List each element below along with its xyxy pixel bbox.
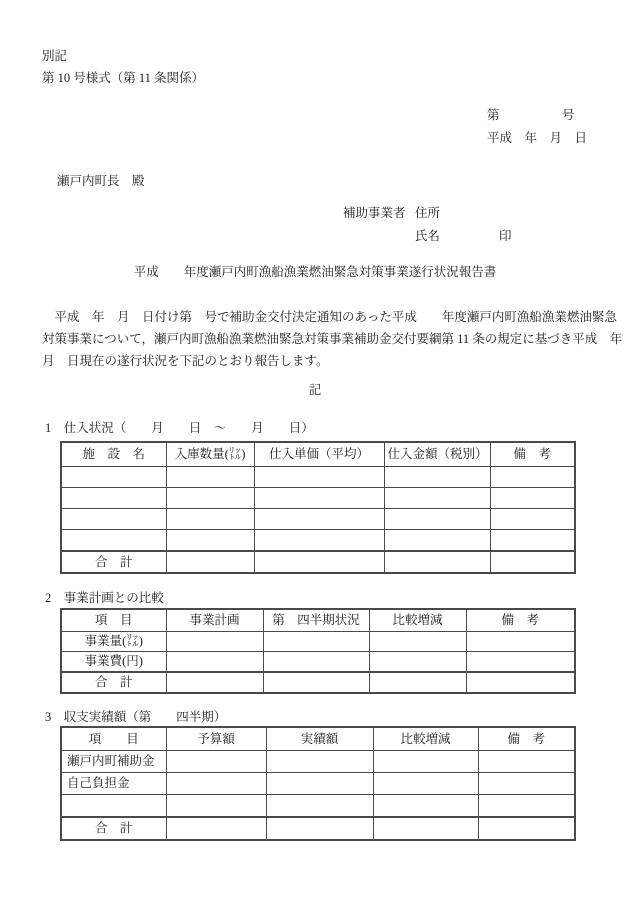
table-cell xyxy=(373,773,478,795)
table-cell xyxy=(478,751,575,773)
table-cell xyxy=(384,509,490,530)
address-label: 住所 xyxy=(415,205,440,222)
plan-comparison-table: 項 目事業計画第 四半期状況比較増減備 考事業量(㍑)事業費(円)合 計 xyxy=(60,608,576,694)
table-cell xyxy=(166,467,254,488)
section-1-heading: 1 仕入状況（ 月 日 ～ 月 日） xyxy=(45,420,314,437)
document-title: 平成 年度瀬戸内町漁船漁業燃油緊急対策事業遂行状況報告書 xyxy=(0,264,630,281)
table-cell xyxy=(384,488,490,509)
table-cell xyxy=(373,817,478,840)
table-cell xyxy=(254,467,384,488)
table-row xyxy=(61,795,575,818)
table-cell xyxy=(384,530,490,552)
table-cell xyxy=(166,652,263,673)
table-cell xyxy=(266,795,373,818)
table-header-row: 項 目事業計画第 四半期状況比較増減備 考 xyxy=(61,609,575,632)
table-cell xyxy=(166,751,266,773)
section-3-heading: 3 収支実績額（第 四半期） xyxy=(45,709,226,726)
report-form-page: 別記 第 10 号様式（第 11 条関係） 第 号 平成 年 月 日 瀬戸内町長… xyxy=(0,0,630,903)
table-header-cell: 仕入単価（平均） xyxy=(254,442,384,467)
body-line: 月 日現在の遂行状況を下記のとおり報告します。 xyxy=(42,350,602,372)
table-cell: 事業費(円) xyxy=(61,652,166,673)
table-row xyxy=(61,509,575,530)
table-cell xyxy=(166,530,254,552)
body-line: 対策事業について，瀬戸内町漁船漁業燃油緊急対策事業補助金交付要綱第 11 条の規… xyxy=(42,328,602,350)
table-cell xyxy=(263,652,369,673)
table-total-row: 合 計 xyxy=(61,551,575,573)
table-header-cell: 備 考 xyxy=(478,727,575,751)
addressee: 瀬戸内町長 殿 xyxy=(57,173,145,190)
table-cell: 瀬戸内町補助金 xyxy=(61,751,166,773)
record-marker: 記 xyxy=(0,382,630,399)
table-cell: 合 計 xyxy=(61,672,166,693)
table-row: 事業量(㍑) xyxy=(61,632,575,652)
table-row: 瀬戸内町補助金 xyxy=(61,751,575,773)
table-cell: 合 計 xyxy=(61,551,166,573)
table-cell xyxy=(166,672,263,693)
table-cell xyxy=(166,817,266,840)
table-cell: 合 計 xyxy=(61,817,166,840)
table-cell xyxy=(254,488,384,509)
table-cell xyxy=(266,751,373,773)
table-cell xyxy=(166,632,263,652)
table-header-cell: 入庫数量(㍑) xyxy=(166,442,254,467)
table-header-row: 項 目予算額実績額比較増減備 考 xyxy=(61,727,575,751)
table-header-cell: 項 目 xyxy=(61,609,166,632)
table-cell xyxy=(478,773,575,795)
table-header-cell: 比較増減 xyxy=(369,609,466,632)
table-cell xyxy=(166,773,266,795)
table-cell xyxy=(478,795,575,818)
table-cell xyxy=(466,652,575,673)
table-cell xyxy=(384,467,490,488)
table-cell xyxy=(254,509,384,530)
table-cell xyxy=(166,509,254,530)
table-header-cell: 項 目 xyxy=(61,727,166,751)
income-expense-table: 項 目予算額実績額比較増減備 考瀬戸内町補助金自己負担金合 計 xyxy=(60,726,576,841)
table-total-row: 合 計 xyxy=(61,817,575,840)
table-cell xyxy=(490,509,575,530)
table-row xyxy=(61,530,575,552)
table-cell xyxy=(266,817,373,840)
table-cell xyxy=(373,751,478,773)
table-cell xyxy=(369,632,466,652)
table-cell xyxy=(490,467,575,488)
table-cell xyxy=(263,672,369,693)
table-cell xyxy=(384,551,490,573)
table-row: 自己負担金 xyxy=(61,773,575,795)
table-header-cell: 第 四半期状況 xyxy=(263,609,369,632)
table-cell xyxy=(166,795,266,818)
body-paragraph: 平成 年 月 日付け第 号で補助金交付決定通知のあった平成 年度瀬戸内町漁船漁業… xyxy=(42,306,602,372)
table-header-cell: 比較増減 xyxy=(373,727,478,751)
table-header-cell: 備 考 xyxy=(466,609,575,632)
date-line: 平成 年 月 日 xyxy=(487,130,587,147)
body-line: 平成 年 月 日付け第 号で補助金交付決定通知のあった平成 年度瀬戸内町漁船漁業… xyxy=(42,306,602,328)
seal-label: 印 xyxy=(499,228,512,245)
annotation-label: 別記 xyxy=(42,48,67,65)
purchase-status-table: 施 設 名入庫数量(㍑)仕入単価（平均）仕入金額（税別）備 考合 計 xyxy=(60,441,576,574)
table-row xyxy=(61,488,575,509)
table-cell: 事業量(㍑) xyxy=(61,632,166,652)
table-cell xyxy=(369,672,466,693)
table-row: 事業費(円) xyxy=(61,652,575,673)
table-header-row: 施 設 名入庫数量(㍑)仕入単価（平均）仕入金額（税別）備 考 xyxy=(61,442,575,467)
table-cell xyxy=(263,632,369,652)
table-cell xyxy=(490,488,575,509)
table-cell xyxy=(166,551,254,573)
applicant-label: 補助事業者 xyxy=(343,205,406,222)
table-cell xyxy=(466,632,575,652)
table-cell xyxy=(61,467,166,488)
section-2-heading: 2 事業計画との比較 xyxy=(45,590,164,607)
table-header-cell: 事業計画 xyxy=(166,609,263,632)
table-cell xyxy=(61,509,166,530)
table-cell xyxy=(373,795,478,818)
form-number: 第 10 号様式（第 11 条関係） xyxy=(42,70,204,87)
table-cell xyxy=(478,817,575,840)
table-cell xyxy=(61,488,166,509)
table-cell xyxy=(254,530,384,552)
table-cell xyxy=(466,672,575,693)
table-header-cell: 予算額 xyxy=(166,727,266,751)
name-label: 氏名 xyxy=(415,228,440,245)
table-cell xyxy=(254,551,384,573)
table-cell: 自己負担金 xyxy=(61,773,166,795)
table-header-cell: 施 設 名 xyxy=(61,442,166,467)
table-header-cell: 備 考 xyxy=(490,442,575,467)
table-row xyxy=(61,467,575,488)
table-cell xyxy=(490,551,575,573)
table-cell xyxy=(61,795,166,818)
table-cell xyxy=(490,530,575,552)
table-total-row: 合 計 xyxy=(61,672,575,693)
table-cell xyxy=(166,488,254,509)
table-header-cell: 仕入金額（税別） xyxy=(384,442,490,467)
document-number-line: 第 号 xyxy=(487,107,575,124)
table-header-cell: 実績額 xyxy=(266,727,373,751)
table-cell xyxy=(61,530,166,552)
table-cell xyxy=(369,652,466,673)
table-cell xyxy=(266,773,373,795)
